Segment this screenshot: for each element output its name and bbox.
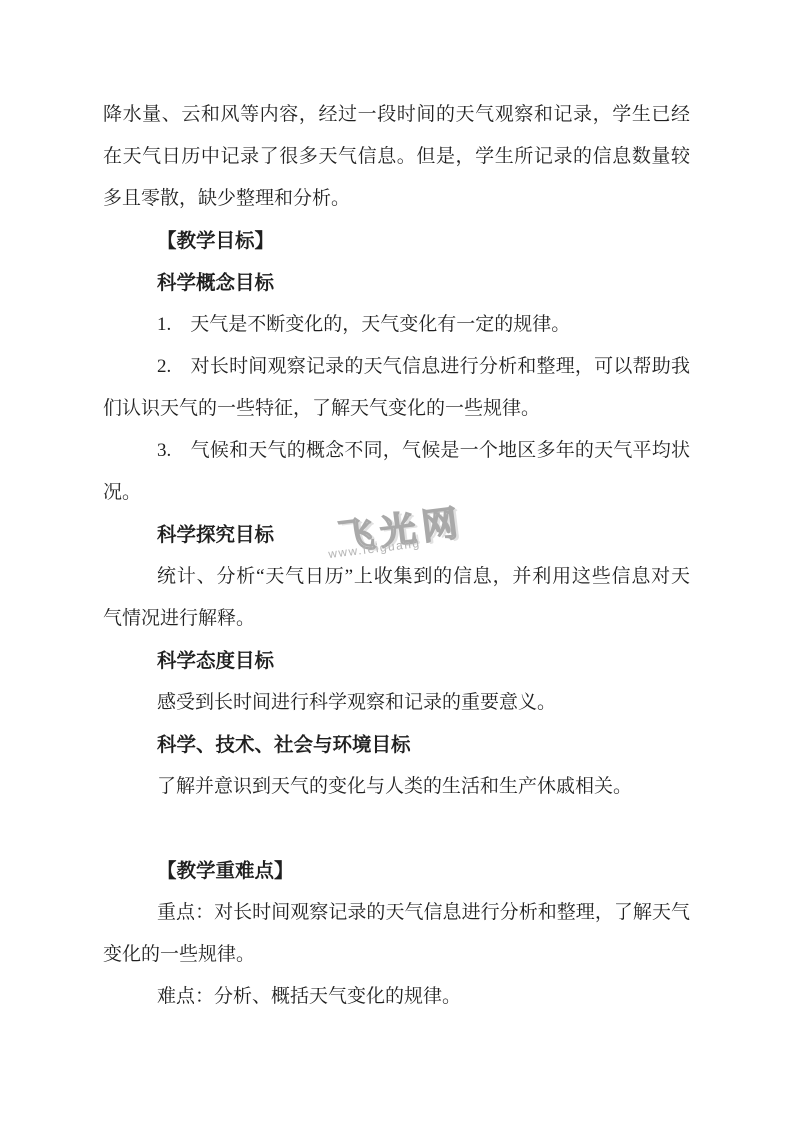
doc-line: 况。 [103, 472, 690, 514]
heading-science-inquiry-goals: 科学探究目标 [103, 514, 690, 556]
doc-line: 多且零散，缺少整理和分析。 [103, 178, 690, 220]
document-body: 降水量、云和风等内容，经过一段时间的天气观察和记录，学生已经 在天气日历中记录了… [103, 94, 690, 1018]
doc-line: 2. 对长时间观察记录的天气信息进行分析和整理，可以帮助我 [103, 346, 690, 388]
heading-science-attitude-goals: 科学态度目标 [103, 640, 690, 682]
blank-line [103, 808, 690, 850]
doc-line: 难点：分析、概括天气变化的规律。 [103, 976, 690, 1018]
doc-line: 们认识天气的一些特征，了解天气变化的一些规律。 [103, 388, 690, 430]
doc-line: 了解并意识到天气的变化与人类的生活和生产休戚相关。 [103, 766, 690, 808]
doc-line: 气情况进行解释。 [103, 598, 690, 640]
heading-science-concept-goals: 科学概念目标 [103, 262, 690, 304]
document-page: 飞光网 www.feiguang 降水量、云和风等内容，经过一段时间的天气观察和… [0, 0, 793, 1122]
doc-line: 3. 气候和天气的概念不同，气候是一个地区多年的天气平均状 [103, 430, 690, 472]
heading-key-difficult-points: 【教学重难点】 [103, 850, 690, 892]
doc-line: 感受到长时间进行科学观察和记录的重要意义。 [103, 682, 690, 724]
doc-line: 1. 天气是不断变化的，天气变化有一定的规律。 [103, 304, 690, 346]
doc-line: 变化的一些规律。 [103, 934, 690, 976]
doc-line: 统计、分析“天气日历”上收集到的信息，并利用这些信息对天 [103, 556, 690, 598]
doc-line: 降水量、云和风等内容，经过一段时间的天气观察和记录，学生已经 [103, 94, 690, 136]
heading-teaching-objectives: 【教学目标】 [103, 220, 690, 262]
heading-science-tech-society-env: 科学、技术、社会与环境目标 [103, 724, 690, 766]
doc-line: 在天气日历中记录了很多天气信息。但是，学生所记录的信息数量较 [103, 136, 690, 178]
doc-line: 重点：对长时间观察记录的天气信息进行分析和整理，了解天气 [103, 892, 690, 934]
